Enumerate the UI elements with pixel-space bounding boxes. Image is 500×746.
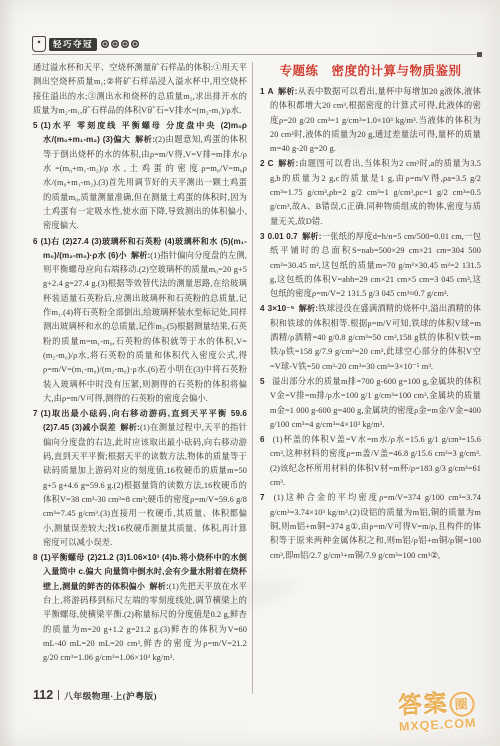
- brand-logo-text: 轻巧夺冠: [49, 38, 97, 51]
- analysis-text: 从表中数据可以看出,量杯中每增加20 g液体,液体的体积都增大20 cm³,根据…: [270, 87, 481, 153]
- item-answer: A: [268, 87, 274, 96]
- badge-circle-icon: [121, 40, 129, 48]
- workbook-answer-page: 轻巧夺冠 通过溢水杯和天平、空烧杯测量矿石样品的体积:①用天平测出空烧杯质量m₁…: [0, 0, 500, 746]
- badge-circle-icon: [101, 40, 109, 48]
- analysis-text: (2)由题意知,鸡蛋的体积等于倒出烧杯的水的体积,由ρ=m/V得,V=V排=m排…: [43, 135, 247, 230]
- item-answer: C: [268, 159, 274, 168]
- rule-endcap: [477, 52, 482, 57]
- left-column: 通过溢水杯和天平、空烧杯测量矿石样品的体积:①用天平测出空烧杯质量m₁;②将矿石…: [33, 61, 247, 683]
- answer-item: 2C 解析:由题图可以看出,当体积为2 cm³时,a的质量为3.5 g,b的质量…: [260, 157, 481, 228]
- item-number: 3: [260, 232, 268, 241]
- analysis-text: 一张纸的厚度d=h/n=5 cm/500=0.01 cm,一包纸平铺时的总面积S…: [270, 232, 481, 298]
- analysis-text: 由题图可以看出,当体积为2 cm³时,a的质量为3.5 g,b的质量为2 g,c…: [270, 159, 481, 225]
- item-number: 5: [260, 377, 268, 386]
- analysis-text: (1)先把天平放在水平台上,将游码移到标尺左端的零刻度线处,调节横梁上的平衡螺母…: [43, 582, 247, 662]
- item-number: 6: [33, 237, 41, 246]
- analysis-label: 解析:: [133, 135, 155, 144]
- book-title: 八年级物理·上(沪粤版): [64, 689, 157, 702]
- watermark-circle-icon: 圈: [449, 691, 475, 717]
- item-number: 8: [33, 553, 41, 562]
- footer-divider: [58, 690, 59, 700]
- analysis-text: 铁球浸没在盛满酒精的烧杯中,溢出酒精的体积和铁球的体积相等.根据ρ=m/V可知,…: [270, 304, 481, 370]
- page-number: 112: [33, 688, 53, 702]
- analysis-label: 解析:: [276, 87, 298, 96]
- badge-circle-icon: [131, 40, 139, 48]
- answer-item: 1A 解析:从表中数据可以看出,量杯中每增加20 g液体,液体的体积都增大20 …: [260, 85, 481, 156]
- item-number: 6: [260, 435, 268, 444]
- analysis-label: 解析:: [147, 582, 168, 591]
- analysis-text: (1)杯盖的体积V盖=V水=m水/ρ水=15.6 g/1 g/cm³=15.6 …: [270, 435, 481, 487]
- analysis-label: 解析:: [300, 232, 321, 241]
- item-number: 5: [33, 121, 41, 130]
- badge-circle-icon: [111, 40, 119, 48]
- analysis-text: 溢出部分水的质量m排=700 g-600 g=100 g,金属块的体积V金=V排…: [270, 377, 481, 429]
- item-number: 2: [260, 159, 268, 168]
- header-rule: [32, 54, 481, 55]
- intro-paragraph: 通过溢水杯和天平、空烧杯测量矿石样品的体积:①用天平测出空烧杯质量m₁;②将矿石…: [33, 61, 247, 118]
- answer-item: 7(1)取出最小砝码,向右移动游码,直到天平平衡 59.6 (2)7.45 (3…: [33, 407, 247, 550]
- brand-logo: 轻巧夺冠: [32, 36, 139, 52]
- answer-item: 5 溢出部分水的质量m排=700 g-600 g=100 g,金属块的体积V金=…: [260, 375, 481, 432]
- analysis-label: 解析:: [118, 423, 140, 432]
- answer-site-watermark: 答案圈 MXQE.COM: [381, 689, 493, 735]
- analysis-label: 解析:: [129, 251, 150, 260]
- item-number: 1: [260, 87, 268, 96]
- answer-item: 8(1)平衡螺母 (2)21.2 (3)1.06×10³ (4)b.将小烧杯中的…: [33, 551, 247, 665]
- answer-item: 30.01 0.7 解析:一张纸的厚度d=h/n=5 cm/500=0.01 c…: [260, 230, 481, 301]
- answer-item: 6(1)右 (2)27.4 (3)玻璃杯和石英粉 (4)玻璃杯和水 (5)(m₁…: [33, 235, 247, 407]
- item-number: 4: [260, 304, 268, 313]
- item-answer: 3×10⁻⁵: [268, 304, 295, 313]
- crest-icon: [32, 36, 46, 52]
- brand-badge-icons: [101, 40, 139, 48]
- section-title: 专题练 密度的计算与物质鉴别: [260, 63, 481, 79]
- page-footer: 112 八年级物理·上(沪粤版): [33, 688, 157, 702]
- answer-item: 6 (1)杯盖的体积V盖=V水=m水/ρ水=15.6 g/1 g/cm³=15.…: [260, 433, 481, 490]
- right-column: 专题练 密度的计算与物质鉴别 1A 解析:从表中数据可以看出,量杯中每增加20 …: [260, 61, 481, 695]
- answer-item: 43×10⁻⁵ 解析:铁球浸没在盛满酒精的烧杯中,溢出酒精的体积和铁球的体积相等…: [260, 302, 481, 373]
- item-number: 7: [260, 493, 268, 502]
- watermark-text: 答案: [398, 690, 449, 719]
- item-number: 7: [33, 409, 41, 418]
- analysis-text: 通过溢水杯和天平、空烧杯测量矿石样品的体积:①用天平测出空烧杯质量m₁;②将矿石…: [33, 63, 247, 115]
- item-answer: 0.01 0.7: [268, 232, 298, 241]
- analysis-label: 解析:: [276, 159, 298, 168]
- analysis-text: (1)指针偏向分度盘的左侧,则平衡螺母应向右端移动.(2)空玻璃杯的质量m₀=2…: [43, 251, 247, 403]
- analysis-text: (1)在测量过程中,天平的指针偏向分度盘的右边,此时应该取出最小砝码,向右移动游…: [43, 423, 247, 546]
- answer-item: 5(1)水平 零刻度线 平衡螺母 分度盘中央 (2)m₀ρ水/(m₀+m₁-m₂…: [33, 119, 247, 233]
- analysis-text: (1)这种合金的平均密度ρ=m/V=374 g/100 cm³=3.74 g/c…: [270, 493, 481, 559]
- answer-item: 7 (1)这种合金的平均密度ρ=m/V=374 g/100 cm³=3.74 g…: [260, 491, 481, 562]
- analysis-label: 解析:: [297, 304, 318, 313]
